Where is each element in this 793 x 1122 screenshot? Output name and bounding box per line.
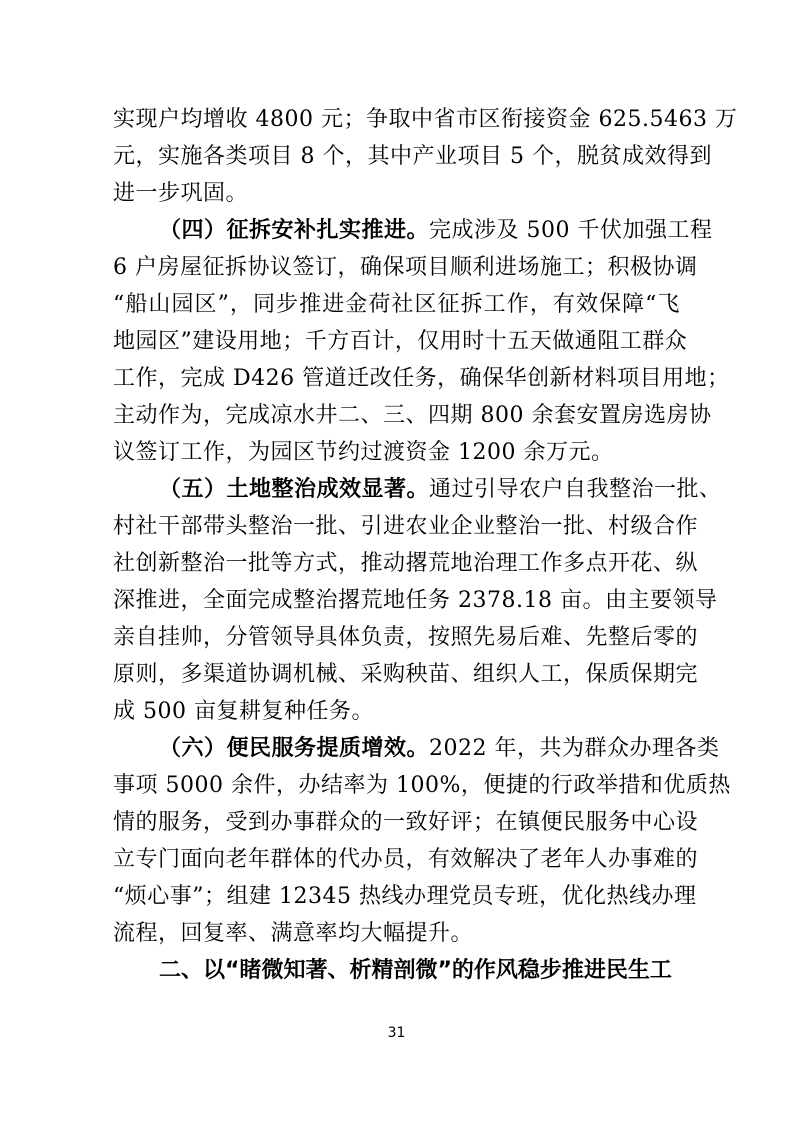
section-heading: 二、以“睹微知著、析精剖微”的作风稳步推进民生工: [113, 952, 680, 989]
text-line: 元，实施各类项目 8 个，其中产业项目 5 个，脱贫成效得到: [113, 138, 680, 175]
text-line: （四）征拆安补扎实推进。完成涉及 500 千伏加强工程: [113, 212, 680, 249]
text-line: 工作，完成 D426 管道迁改任务，确保华创新材料项目用地；: [113, 360, 680, 397]
paragraph-lead: （四）征拆安补扎实推进。: [159, 217, 429, 243]
paragraph-lead: （六）便民服务提质增效。: [159, 735, 429, 761]
page-number: 31: [388, 1025, 406, 1041]
text-line: （五）土地整治成效显著。通过引导农户自我整治一批、: [113, 471, 680, 508]
paragraph-lead: （五）土地整治成效显著。: [159, 476, 429, 502]
text-line: 事项 5000 余件，办结率为 100%，便捷的行政举措和优质热: [113, 767, 680, 804]
text-line: 成 500 亩复耕复种任务。: [113, 693, 680, 730]
text-line: （六）便民服务提质增效。2022 年，共为群众办理各类: [113, 730, 680, 767]
text-line: 情的服务，受到办事群众的一致好评；在镇便民服务中心设: [113, 804, 680, 841]
document-content: 实现户均增收 4800 元；争取中省市区衔接资金 625.5463 万元，实施各…: [113, 101, 680, 989]
text-line: 地园区”建设用地；千方百计，仅用时十五天做通阻工群众: [113, 323, 680, 360]
document-page: 实现户均增收 4800 元；争取中省市区衔接资金 625.5463 万元，实施各…: [0, 0, 793, 1122]
text-line: 村社干部带头整治一批、引进农业企业整治一批、村级合作: [113, 508, 680, 545]
text-line: 主动作为，完成凉水井二、三、四期 800 余套安置房选房协: [113, 397, 680, 434]
text-line: 进一步巩固。: [113, 175, 680, 212]
text-line: 6 户房屋征拆协议签订，确保项目顺利进场施工；积极协调: [113, 249, 680, 286]
line-text: 通过引导农户自我整治一批、: [429, 477, 722, 502]
text-line: 社创新整治一批等方式，推动撂荒地治理工作多点开花、纵: [113, 545, 680, 582]
text-line: 立专门面向老年群体的代办员，有效解决了老年人办事难的: [113, 841, 680, 878]
line-text: 完成涉及 500 千伏加强工程: [429, 218, 712, 243]
page-footer: 31: [0, 1022, 793, 1041]
text-line: “烦心事”；组建 12345 热线办理党员专班，优化热线办理: [113, 878, 680, 915]
text-line: 深推进，全面完成整治撂荒地任务 2378.18 亩。由主要领导: [113, 582, 680, 619]
text-line: 议签订工作，为园区节约过渡资金 1200 余万元。: [113, 434, 680, 471]
text-line: “船山园区”，同步推进金荷社区征拆工作，有效保障“飞: [113, 286, 680, 323]
line-text: 2022 年，共为群众办理各类: [429, 736, 719, 761]
text-line: 流程，回复率、满意率均大幅提升。: [113, 915, 680, 952]
text-line: 原则，多渠道协调机械、采购秧苗、组织人工，保质保期完: [113, 656, 680, 693]
text-line: 实现户均增收 4800 元；争取中省市区衔接资金 625.5463 万: [113, 101, 680, 138]
text-line: 亲自挂帅，分管领导具体负责，按照先易后难、先整后零的: [113, 619, 680, 656]
